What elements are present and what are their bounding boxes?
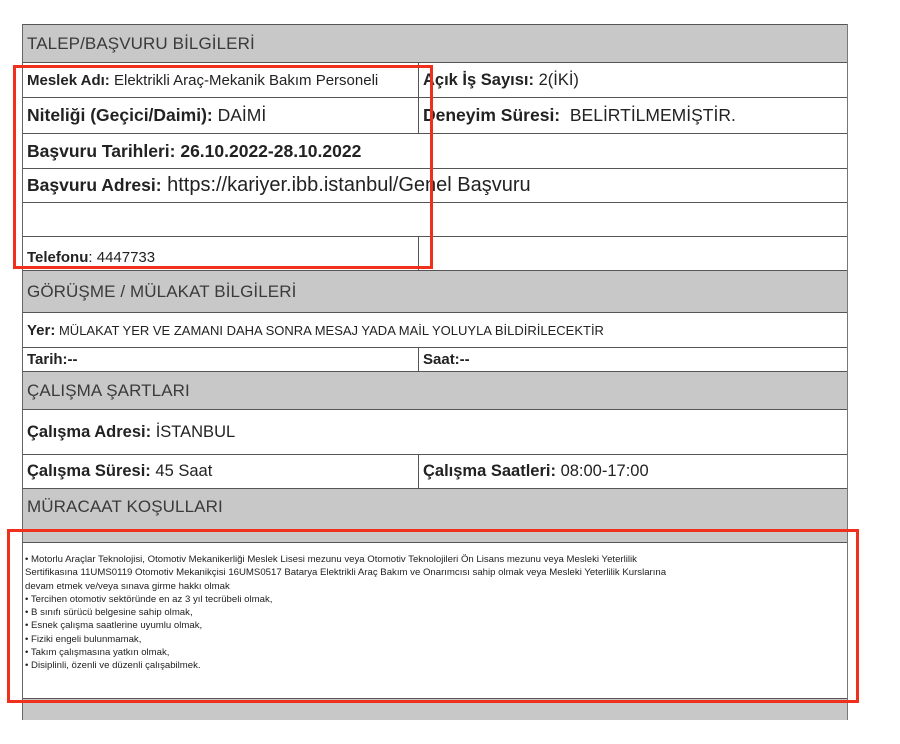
telefon-value: : 4447733 [88,249,155,266]
section-title-muracaat: MÜRACAAT KOŞULLARI [23,489,847,525]
yer-cell: Yer: MÜLAKAT YER VE ZAMANI DAHA SONRA ME… [23,313,847,347]
row-nitelik: Niteliği (Geçici/Daimi): DAİMİ Deneyim S… [23,97,847,133]
nitelik-cell: Niteliği (Geçici/Daimi): DAİMİ [23,98,419,133]
condition-line: • Disiplinli, özenli ve düzenli çalışabi… [25,659,843,672]
section-header-gorusme: GÖRÜŞME / MÜLAKAT BİLGİLERİ [23,270,847,312]
basvuru-adresi-link[interactable]: https://kariyer.ibb.istanbul/Genel Başvu… [162,174,531,197]
section-header-talep: TALEP/BAŞVURU BİLGİLERİ [23,24,847,62]
tarih-cell: Tarih:-- [23,348,419,371]
basvuru-tarihleri-label: Başvuru Tarihleri: [27,141,175,162]
row-telefon: Telefonu : 4447733 [23,236,847,270]
basvuru-tarihleri-cell: Başvuru Tarihleri: 26.10.2022-28.10.2022 [23,134,847,168]
nitelik-label: Niteliği (Geçici/Daimi): [27,105,213,126]
condition-line: Sertifikasına 11UMS0119 Otomotiv Mekanik… [25,566,843,579]
row-tarih-saat: Tarih:-- Saat:-- [23,347,847,371]
condition-line: • B sınıfı sürücü belgesine sahip olmak, [25,606,843,619]
calisma-adresi-label: Çalışma Adresi: [27,423,151,442]
meslek-value: Elektrikli Araç-Mekanik Bakım Personeli [110,72,378,89]
row-yer: Yer: MÜLAKAT YER VE ZAMANI DAHA SONRA ME… [23,312,847,347]
basvuru-tarihleri-value: 26.10.2022-28.10.2022 [175,141,361,162]
row-calisma-sure: Çalışma Süresi: 45 Saat Çalışma Saatleri… [23,454,847,488]
calisma-adresi-cell: Çalışma Adresi: İSTANBUL [23,410,847,454]
condition-line: devam etmek ve/veya sınava girme hakkı o… [25,580,843,593]
telefon-right-empty [419,237,847,270]
calisma-suresi-value: 45 Saat [151,462,212,481]
condition-line: • Tercihen otomotiv sektöründe en az 3 y… [25,593,843,606]
yer-label: Yer: [27,322,55,339]
condition-line: • Esnek çalışma saatlerine uyumlu olmak, [25,619,843,632]
section-title-gorusme: GÖRÜŞME / MÜLAKAT BİLGİLERİ [23,271,847,312]
row-calisma-adresi: Çalışma Adresi: İSTANBUL [23,409,847,454]
saat-cell: Saat:-- [419,348,847,371]
deneyim-cell: Deneyim Süresi: BELİRTİLMEMİŞTİR. [419,98,847,133]
telefon-cell: Telefonu : 4447733 [23,237,419,270]
acik-is-label: Açık İş Sayısı: [423,71,534,90]
acik-is-value: 2(İKİ) [534,71,579,90]
calisma-adresi-value: İSTANBUL [151,423,235,442]
condition-line: • Fiziki engeli bulunmamak, [25,633,843,646]
section-header-muracaat: MÜRACAAT KOŞULLARI [23,488,847,542]
telefon-label: Telefonu [27,249,88,266]
calisma-saatleri-value: 08:00-17:00 [556,462,649,481]
tarih-label: Tarih:-- [27,351,78,368]
meslek-cell: Meslek Adı: Elektrikli Araç-Mekanik Bakı… [23,63,419,97]
deneyim-label: Deneyim Süresi: [423,105,560,126]
row-muracaat-conditions: • Motorlu Araçlar Teknolojisi, Otomotiv … [23,542,847,698]
yer-value: MÜLAKAT YER VE ZAMANI DAHA SONRA MESAJ Y… [55,323,604,338]
nitelik-value: DAİMİ [213,105,266,126]
saat-label: Saat:-- [423,351,470,368]
basvuru-adresi-label: Başvuru Adresi: [27,175,162,196]
calisma-suresi-cell: Çalışma Süresi: 45 Saat [23,455,419,488]
condition-line: • Motorlu Araçlar Teknolojisi, Otomotiv … [25,553,843,566]
calisma-saatleri-cell: Çalışma Saatleri: 08:00-17:00 [419,455,847,488]
condition-line: • Takım çalışmasına yatkın olmak, [25,646,843,659]
acik-is-cell: Açık İş Sayısı: 2(İKİ) [419,63,847,97]
meslek-label: Meslek Adı: [27,72,110,89]
footer-strip [23,698,847,720]
calisma-saatleri-label: Çalışma Saatleri: [423,462,556,481]
empty-cell [23,203,847,236]
job-posting-table: TALEP/BAŞVURU BİLGİLERİ Meslek Adı: Elek… [22,24,848,720]
calisma-suresi-label: Çalışma Süresi: [27,462,151,481]
conditions-list: • Motorlu Araçlar Teknolojisi, Otomotiv … [23,543,847,698]
row-empty [23,202,847,236]
section-header-calisma: ÇALIŞMA ŞARTLARI [23,371,847,409]
section-title-calisma: ÇALIŞMA ŞARTLARI [23,372,847,409]
basvuru-adresi-cell: Başvuru Adresi: https://kariyer.ibb.ista… [23,169,847,202]
row-basvuru-tarihleri: Başvuru Tarihleri: 26.10.2022-28.10.2022 [23,133,847,168]
deneyim-value: BELİRTİLMEMİŞTİR. [560,105,736,126]
row-meslek: Meslek Adı: Elektrikli Araç-Mekanik Bakı… [23,62,847,97]
section-title-talep: TALEP/BAŞVURU BİLGİLERİ [23,25,847,62]
row-basvuru-adresi: Başvuru Adresi: https://kariyer.ibb.ista… [23,168,847,202]
